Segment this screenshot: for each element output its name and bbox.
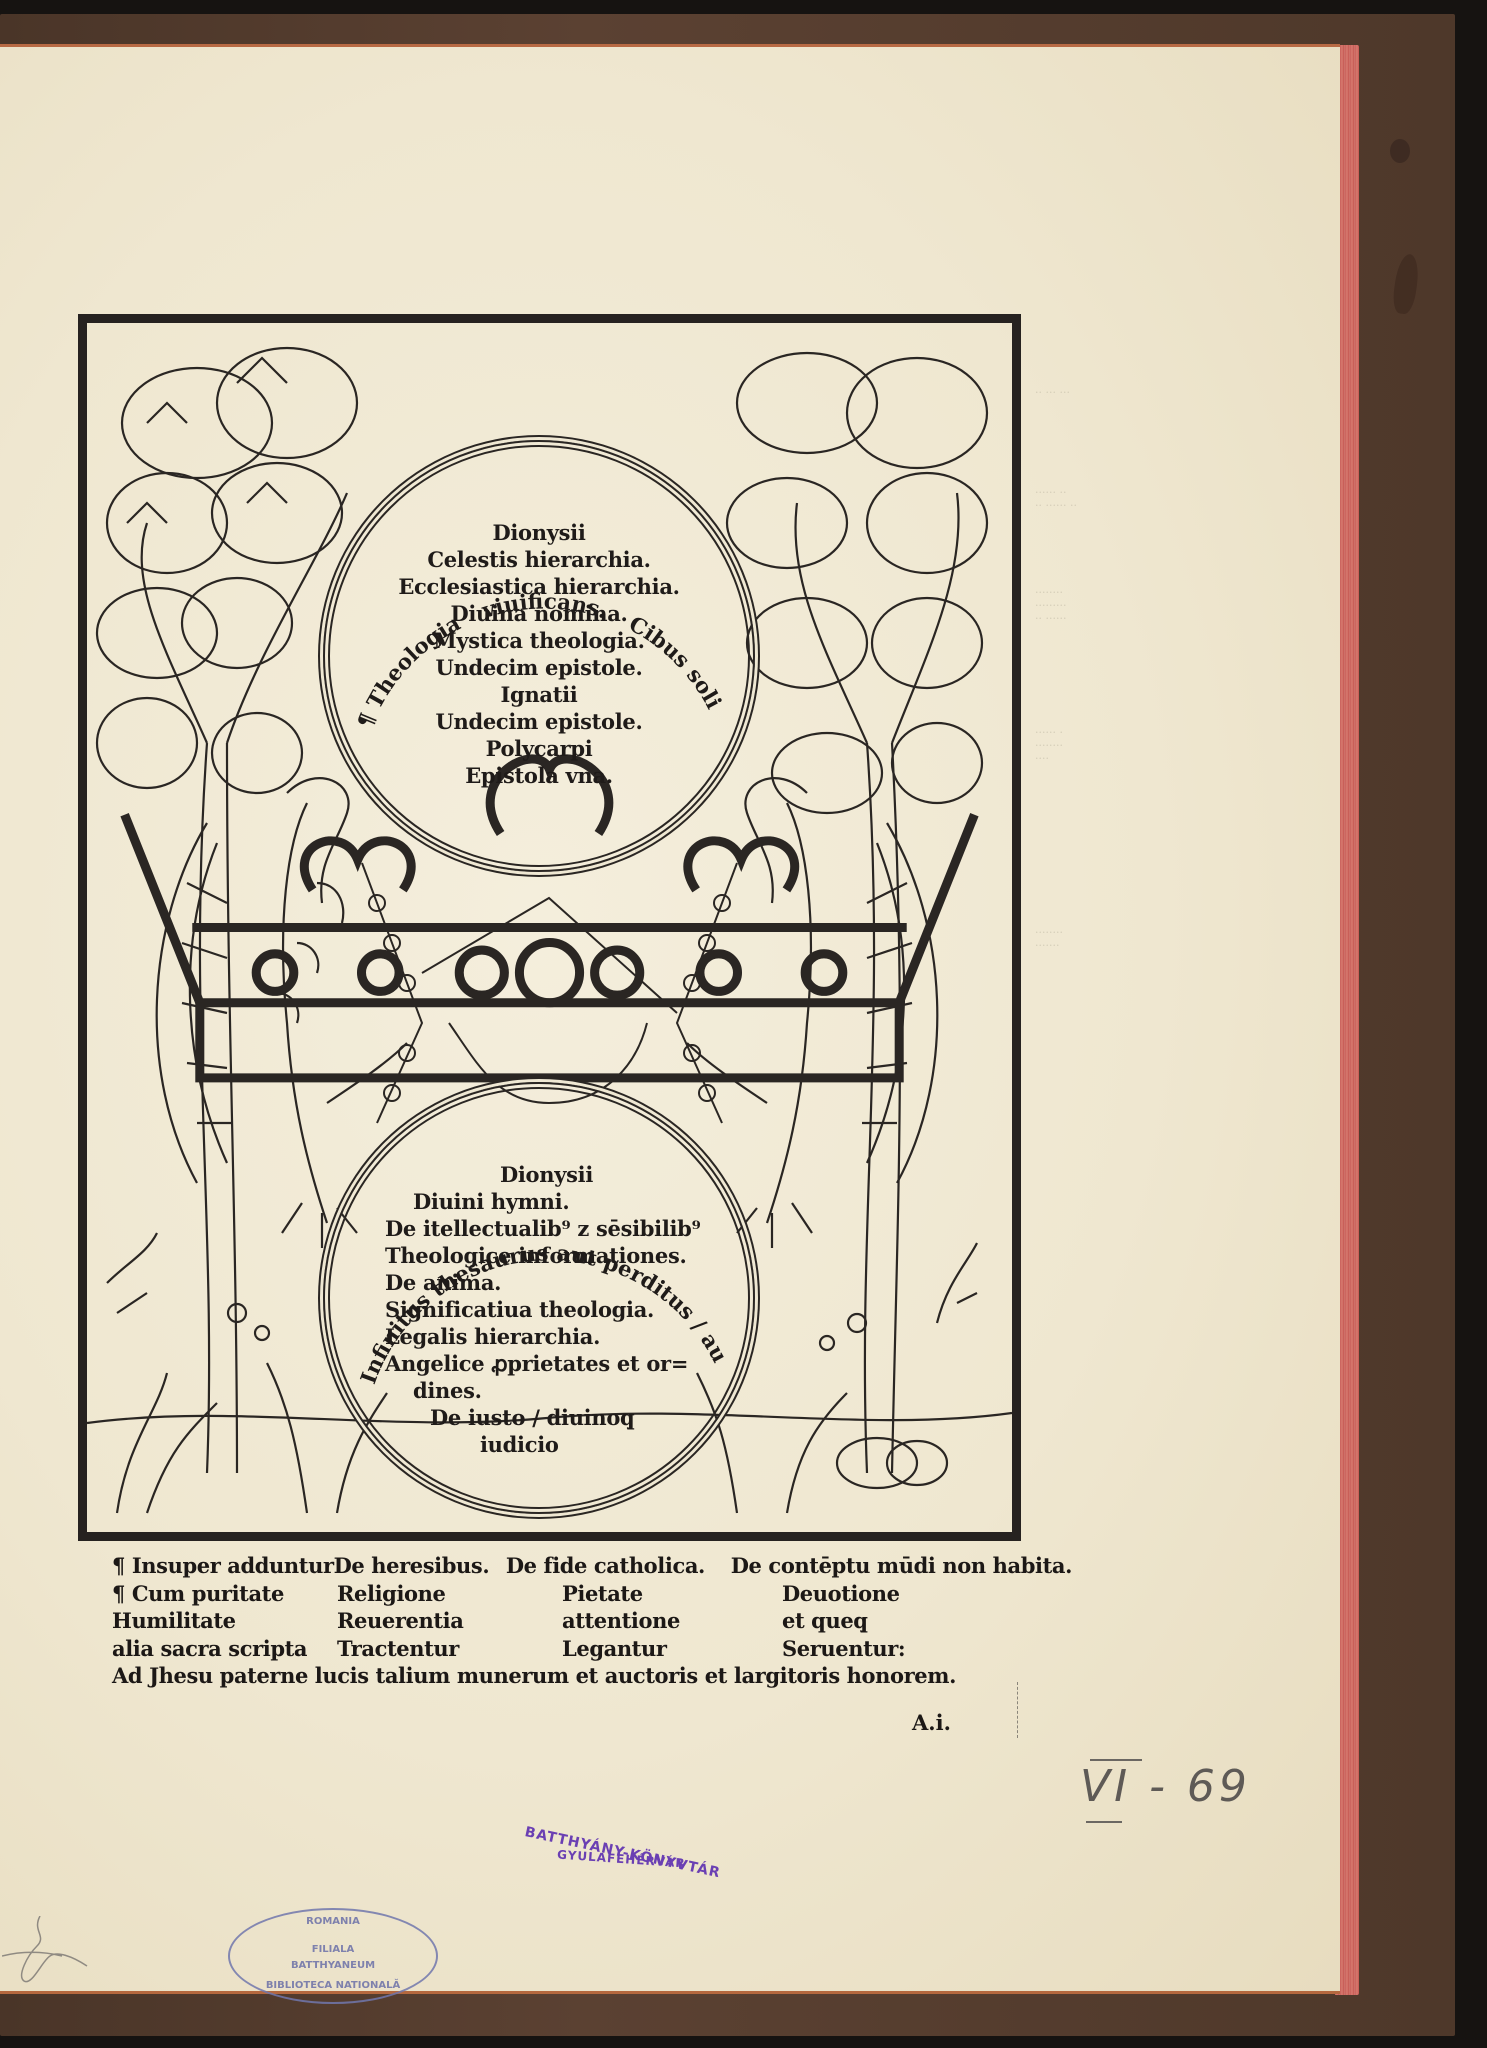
colophon-row: alia sacra scripta Tractentur Legantur S… — [112, 1635, 1072, 1663]
dedication-line: Ad Jhesu paterne lucis talium munerum et… — [112, 1662, 1072, 1690]
cell: ¶ Insuper adduntur — [112, 1552, 334, 1580]
text-line: Diuina nomina. — [330, 600, 748, 627]
cell: Reuerentia — [337, 1607, 562, 1635]
text-line: Significatiua theologia. — [385, 1296, 748, 1323]
cell: attentione — [562, 1607, 782, 1635]
cell: De heresibus. — [334, 1552, 506, 1580]
margin-bracket-mark — [1017, 1682, 1027, 1738]
national-library-oval-stamp: ROMANIA FILIALA BATTHYANEUM BIBLIOTECA N… — [228, 1908, 438, 2004]
pencil-scribble-icon — [2, 1916, 92, 1996]
show-through-text: ······ ···· ······ ·· — [1035, 486, 1077, 512]
cell: Legantur — [562, 1635, 782, 1663]
text-line: Celestis hierarchia. — [330, 546, 748, 573]
text-line: Dionysii — [385, 1161, 748, 1188]
text-line: Legalis hierarchia. — [385, 1323, 748, 1350]
signature-mark: A.i. — [912, 1710, 951, 1735]
text-line: Undecim epistole. — [330, 654, 748, 681]
text-line: De iusto / diuinoq̧ — [385, 1404, 748, 1431]
text-line: Ecclesiastica hierarchia. — [330, 573, 748, 600]
shelfmark-text: VI - 69 — [1080, 1761, 1251, 1812]
text-line: dines. — [385, 1377, 748, 1404]
show-through-text: ··················· ······ — [1035, 586, 1066, 625]
woodcut-frame: ¶ Theologia viuificans. Cibus solidus. D… — [78, 314, 1021, 1541]
stamp-line: ROMANIA — [230, 1916, 436, 1927]
page-top-edge — [0, 44, 1340, 47]
text-line: Dionysii — [330, 519, 748, 546]
stamp-line: FILIALA — [230, 1944, 436, 1955]
cell: De contēptu mūdi non habita. — [731, 1552, 1072, 1580]
batthyany-library-stamp: BATTHYÁNY-KÖNYVTÁR GYULAFEHÉRVÁR — [515, 1816, 725, 1886]
colophon-text: ¶ Insuper adduntur De heresibus. De fide… — [112, 1552, 1072, 1690]
cell: Religione — [337, 1580, 562, 1608]
cell: alia sacra scripta — [112, 1635, 337, 1663]
cell: De fide catholica. — [506, 1552, 731, 1580]
underline — [1086, 1821, 1122, 1823]
pencil-shelfmark: VI - 69 — [1080, 1761, 1251, 1812]
text-line: Epistola vna. — [330, 762, 748, 789]
overline — [1090, 1759, 1142, 1761]
stamp-line: BATTHYANEUM — [230, 1960, 436, 1971]
cell: Tractentur — [337, 1635, 562, 1663]
text-line: Angelice ꝓprietates et or= — [385, 1350, 748, 1377]
text-line: Diuini hymni. — [385, 1188, 748, 1215]
bottom-roundel: Infinitus thesaurus aut perditus / aut a… — [323, 1082, 755, 1514]
show-through-text: ······ ············· — [1035, 726, 1063, 765]
cell: Humilitate — [112, 1607, 337, 1635]
show-through-text: ··············· — [1035, 926, 1063, 952]
cell: Deuotione — [782, 1580, 1072, 1608]
text-line: iudicio — [385, 1431, 748, 1458]
title-page: ·· ··· ··· ······ ···· ······ ·· ·······… — [0, 46, 1340, 1994]
colophon-row: ¶ Insuper adduntur De heresibus. De fide… — [112, 1552, 1072, 1580]
text-line: Polycarpi — [330, 735, 748, 762]
text-line: Ignatii — [330, 681, 748, 708]
text-line: De itellectualib⁹ z sēsibilib⁹ — [385, 1215, 748, 1242]
binding-spot — [1390, 139, 1410, 163]
text-line: Undecim epistole. — [330, 708, 748, 735]
cell: et queq̧ — [782, 1607, 1072, 1635]
show-through-text: ·· ··· ··· — [1035, 386, 1070, 399]
colophon-row: ¶ Cum puritate Religione Pietate Deuotio… — [112, 1580, 1072, 1608]
stamp-line: BIBLIOTECA NATIONALĂ — [230, 1980, 436, 1991]
cell: ¶ Cum puritate — [112, 1580, 337, 1608]
cell: Pietate — [562, 1580, 782, 1608]
text-line: De anima. — [385, 1269, 748, 1296]
text-line: Theologice informationes. — [385, 1242, 748, 1269]
bottom-roundel-contents: Dionysii Diuini hymni. De itellectualib⁹… — [330, 1161, 748, 1458]
text-line: Mystica theologia. — [330, 627, 748, 654]
top-roundel: ¶ Theologia viuificans. Cibus solidus. D… — [323, 440, 755, 872]
binding-stain — [1391, 253, 1421, 315]
top-roundel-contents: Dionysii Celestis hierarchia. Ecclesiast… — [330, 519, 748, 789]
cell: Seruentur: — [782, 1635, 1072, 1663]
colophon-row: Humilitate Reuerentia attentione et queq… — [112, 1607, 1072, 1635]
